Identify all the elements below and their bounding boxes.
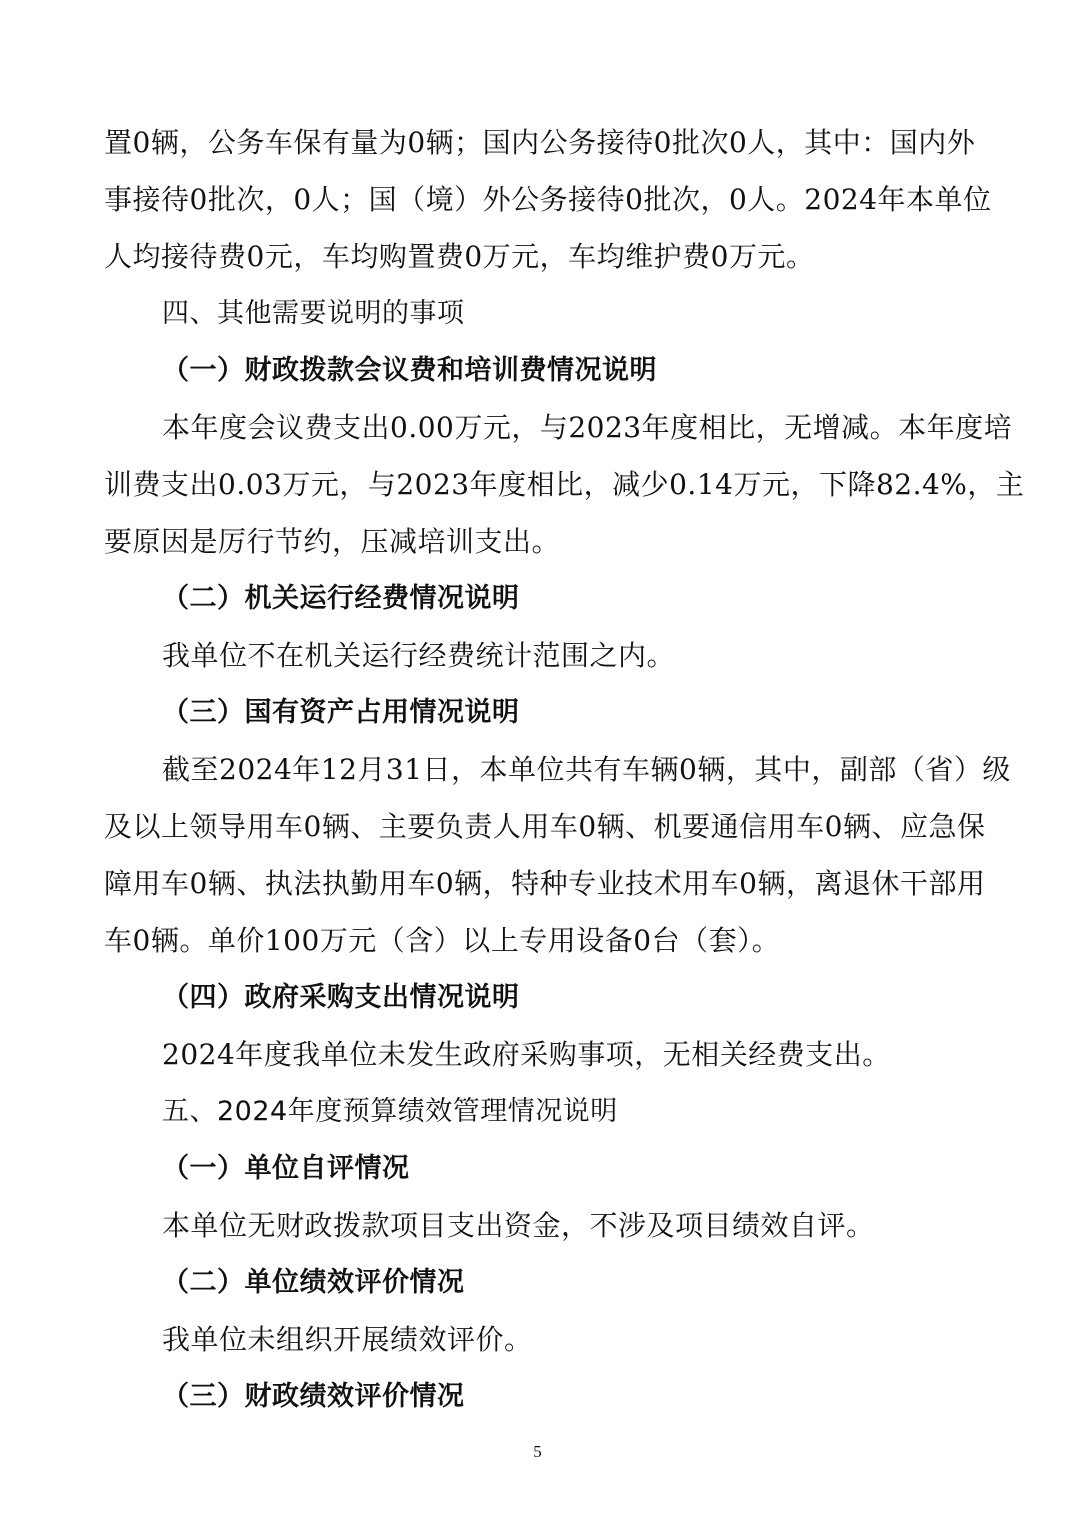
subsection-heading-state-assets: （三）国有资产占用情况说明 <box>162 695 974 731</box>
subsection-heading-operating-expenses: （二）机关运行经费情况说明 <box>162 581 974 617</box>
subsection-heading-meeting-training: （一）财政拨款会议费和培训费情况说明 <box>162 353 974 389</box>
paragraph-line: 截至2024年12月31日，本单位共有车辆0辆，其中，副部（省）级 <box>162 752 974 788</box>
document-page: 置0辆，公务车保有量为0辆；国内公务接待0批次0人，其中：国内外 事接待0批次，… <box>0 0 1075 1520</box>
section-heading-4: 四、其他需要说明的事项 <box>162 296 974 332</box>
paragraph-line: 训费支出0.03万元，与2023年度相比，减少0.14万元，下降82.4%，主 <box>104 467 974 503</box>
subsection-heading-fiscal-evaluation: （三）财政绩效评价情况 <box>162 1379 974 1415</box>
paragraph-line: 2024年度我单位未发生政府采购事项，无相关经费支出。 <box>162 1037 974 1073</box>
paragraph-line: 要原因是厉行节约，压减培训支出。 <box>104 524 974 560</box>
section-heading-5: 五、2024年度预算绩效管理情况说明 <box>162 1094 974 1130</box>
paragraph-line: 我单位不在机关运行经费统计范围之内。 <box>162 638 974 674</box>
paragraph-line: 置0辆，公务车保有量为0辆；国内公务接待0批次0人，其中：国内外 <box>104 125 974 161</box>
paragraph-line: 及以上领导用车0辆、主要负责人用车0辆、机要通信用车0辆、应急保 <box>104 809 974 845</box>
paragraph-line: 车0辆。单价100万元（含）以上专用设备0台（套）。 <box>104 923 974 959</box>
paragraph-line: 本单位无财政拨款项目支出资金，不涉及项目绩效自评。 <box>162 1208 974 1244</box>
paragraph-line: 我单位未组织开展绩效评价。 <box>162 1322 974 1358</box>
paragraph-line: 障用车0辆、执法执勤用车0辆，特种专业技术用车0辆，离退休干部用 <box>104 866 974 902</box>
paragraph-line: 事接待0批次，0人；国（境）外公务接待0批次，0人。2024年本单位 <box>104 182 974 218</box>
subsection-heading-procurement: （四）政府采购支出情况说明 <box>162 980 974 1016</box>
page-number: 5 <box>0 1442 1075 1462</box>
subsection-heading-self-evaluation: （一）单位自评情况 <box>162 1151 974 1187</box>
paragraph-line: 人均接待费0元，车均购置费0万元，车均维护费0万元。 <box>104 239 974 275</box>
subsection-heading-unit-evaluation: （二）单位绩效评价情况 <box>162 1265 974 1301</box>
paragraph-line: 本年度会议费支出0.00万元，与2023年度相比，无增减。本年度培 <box>162 410 974 446</box>
